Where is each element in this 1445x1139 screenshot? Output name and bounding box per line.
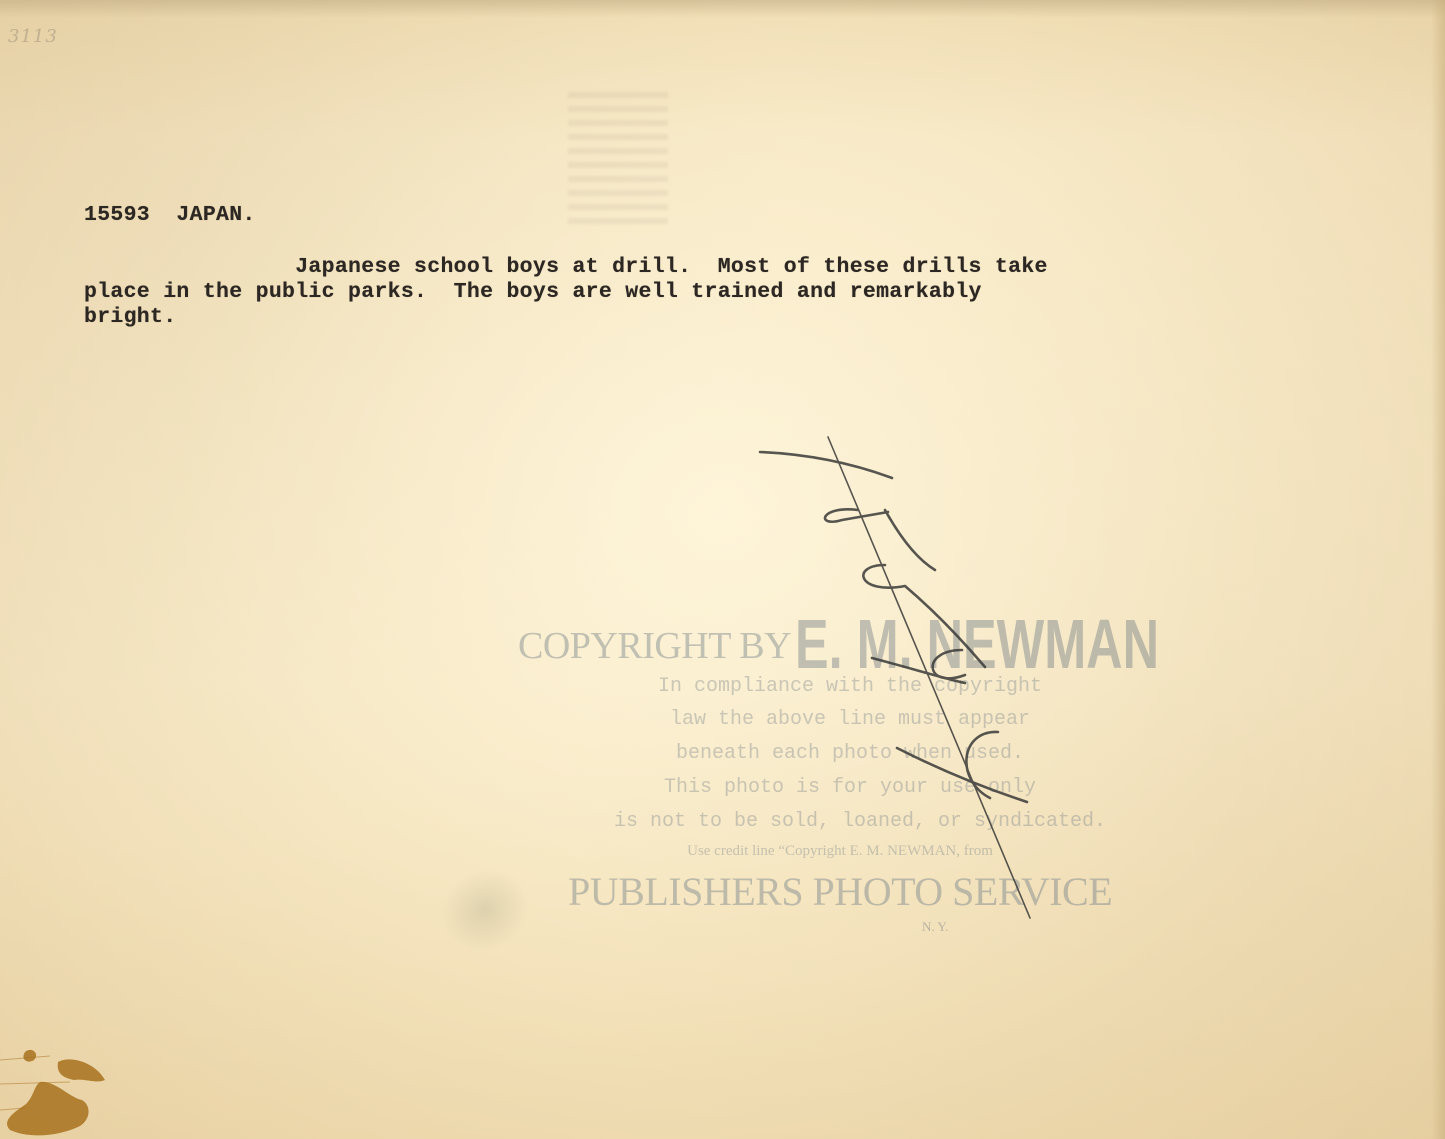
catalog-number: 15593 (84, 203, 150, 227)
caption-line: place in the public parks. The boys are … (84, 280, 1048, 305)
stamp-notice-line: is not to be sold, loaned, or syndicated… (530, 810, 1190, 833)
caption-body: Japanese school boys at drill. Most of t… (84, 255, 1048, 330)
corner-pencil-note: 3113 (8, 26, 58, 47)
stamp-credit-line: Use credit line “Copyright E. M. NEWMAN,… (510, 843, 1170, 860)
stamp-notice-line: beneath each photo when used. (520, 742, 1180, 765)
caption-line: bright. (84, 305, 1048, 330)
rust-stain (0, 1040, 110, 1139)
stamp-notice-line: This photo is for your use only (520, 776, 1180, 799)
stamp-notice-line: law the above line must appear (520, 708, 1180, 731)
copyright-stamp: COPYRIGHT BYE. M. NEWMAN (518, 604, 1301, 684)
ink-bleed-through (568, 92, 668, 232)
copyright-prefix: COPYRIGHT BY (518, 625, 791, 667)
country-heading: JAPAN. (176, 203, 255, 227)
stamp-city: N. Y. (922, 919, 948, 935)
caption-heading: 15593 JAPAN. (84, 203, 256, 228)
caption-line: Japanese school boys at drill. Most of t… (84, 255, 1048, 280)
paper-background (0, 0, 1445, 1139)
stamp-publisher: PUBLISHERS PHOTO SERVICE (568, 868, 1112, 915)
paper-right-edge (1431, 0, 1445, 1139)
stamp-notice-line: In compliance with the copyright (520, 675, 1180, 698)
copyright-holder: E. M. NEWMAN (795, 604, 1159, 684)
paper-top-edge (0, 0, 1445, 18)
